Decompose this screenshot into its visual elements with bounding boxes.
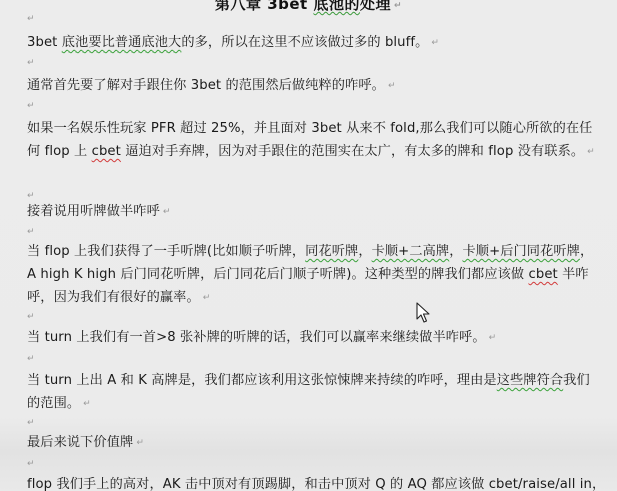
grammar-flagged-text: 击中顶对 (318, 477, 371, 491)
paragraph-3bet-pot[interactable]: 3bet 底池要比普通底池大的多，所以在这里不应该做过多的 bluff。↵ (27, 31, 602, 55)
paragraph-mark-icon: ↵ (489, 333, 497, 343)
paragraph-turn-draw[interactable]: 当 turn 上我们有一首>8 张补牌的听牌的话，我们可以赢率来继续做半咋呼。↵ (27, 326, 602, 350)
title-underlined-text: 底池的 (313, 0, 360, 13)
grammar-flagged-text: 这些牌符合 (497, 373, 563, 388)
grammar-flagged-text: 卡顺+二高牌 (372, 244, 450, 259)
empty-paragraph-mark-icon: ↵ (27, 418, 35, 428)
title-suffix: 处理 (360, 0, 391, 13)
grammar-flagged-text: 卡顺+后门同花听牌 (463, 244, 580, 259)
text-segment: 接着说用听牌做半咋呼 (27, 204, 160, 219)
mouse-pointer-icon (416, 302, 430, 324)
empty-paragraph-mark-icon: ↵ (27, 354, 35, 364)
paragraph-flop-draws[interactable]: 当 flop 上我们获得了一手听牌(比如顺子听牌，同花听牌，卡顺+二高牌，卡顺+… (27, 240, 602, 310)
empty-paragraph-mark-icon: ↵ (27, 459, 35, 469)
empty-paragraph-mark-icon: ↵ (27, 14, 35, 24)
text-segment: ， (449, 244, 462, 259)
paragraph-mark-icon: ↵ (83, 399, 91, 409)
spelling-flagged-text: cbet (489, 477, 518, 491)
text-segment: 逼迫对手弃牌，因为对手跟住的范围实在太广，有太多的牌和 flop 没有联系。 (121, 144, 584, 159)
text-segment: Q 的 AQ 都 (371, 477, 445, 491)
text-segment: 当 turn 上出 A 和 K 高牌是，我们都应该利用这张惊悚牌来持续的咋呼，理… (27, 373, 497, 388)
text-segment: /raise/all in， (518, 477, 605, 491)
paragraph-mark-icon: ↵ (431, 38, 439, 48)
empty-paragraph-mark-icon: ↵ (27, 227, 35, 237)
text-segment: ， (358, 244, 371, 259)
paragraph-semi-bluff-heading[interactable]: 接着说用听牌做半咋呼↵ (27, 200, 602, 224)
empty-paragraph-mark-icon: ↵ (27, 101, 35, 111)
paragraph-mark-icon: ↵ (587, 147, 595, 157)
paragraph-turn-scare-cards[interactable]: 当 turn 上出 A 和 K 高牌是，我们都应该利用这张惊悚牌来持续的咋呼，理… (27, 369, 602, 416)
spelling-flagged-text: cbet (529, 267, 558, 282)
empty-paragraph-mark-icon: ↵ (27, 58, 35, 68)
title-prefix: 第八章 3bet (215, 0, 313, 13)
paragraph-value-hands-heading[interactable]: 最后来说下价值牌↵ (27, 431, 602, 455)
document-page[interactable]: 第八章 3bet 底池的处理↵ ↵ 3bet 底池要比普通底池大的多，所以在这里… (0, 0, 617, 491)
empty-paragraph-mark-icon: ↵ (27, 312, 35, 322)
text-segment: 3bet (27, 35, 62, 50)
paragraph-mark-icon: ↵ (388, 81, 396, 91)
text-segment: 的多，所以在这里不应该做过多的 bluff。 (181, 35, 428, 50)
text-segment: 当 turn 上我们有一首>8 张补牌的听牌的话，我们可以赢率来继续做半咋呼。 (27, 330, 486, 345)
paragraph-mark-icon: ↵ (163, 207, 171, 217)
paragraph-understand-range[interactable]: 通常首先要了解对手跟住你 3bet 的范围然后做纯粹的咋呼。↵ (27, 74, 602, 98)
text-segment: ，和 (291, 477, 318, 491)
spelling-flagged-text: cbet (92, 144, 121, 159)
paragraph-mark-icon: ↵ (203, 293, 211, 303)
paragraph-mark-icon: ↵ (394, 1, 402, 11)
grammar-flagged-text: 应该做 (445, 477, 489, 491)
text-segment: flop 我们手上的高对，AK (27, 477, 185, 491)
text-segment: 最后来说下价值牌 (27, 435, 133, 450)
text-segment: 通常首先要了解对手跟住你 3bet 的范围然后做纯粹的咋呼。 (27, 78, 385, 93)
paragraph-recreational-player[interactable]: 如果一名娱乐性玩家 PFR 超过 25%，并且面对 3bet 从来不 fold,… (27, 117, 602, 164)
paragraph-mark-icon: ↵ (136, 438, 144, 448)
paragraph-value-hands[interactable]: flop 我们手上的高对，AK 击中顶对有顶踢脚，和击中顶对 Q 的 AQ 都应… (27, 473, 602, 491)
grammar-flagged-text: 同花听牌 (305, 244, 358, 259)
grammar-flagged-text: 击中顶对有顶踢脚 (185, 477, 291, 491)
chapter-title: 第八章 3bet 底池的处理↵ (0, 0, 617, 14)
grammar-flagged-text: 底池要比普通底池大 (62, 35, 182, 50)
text-segment: 当 flop 上我们获得了一手听牌(比如顺子听牌， (27, 244, 305, 259)
